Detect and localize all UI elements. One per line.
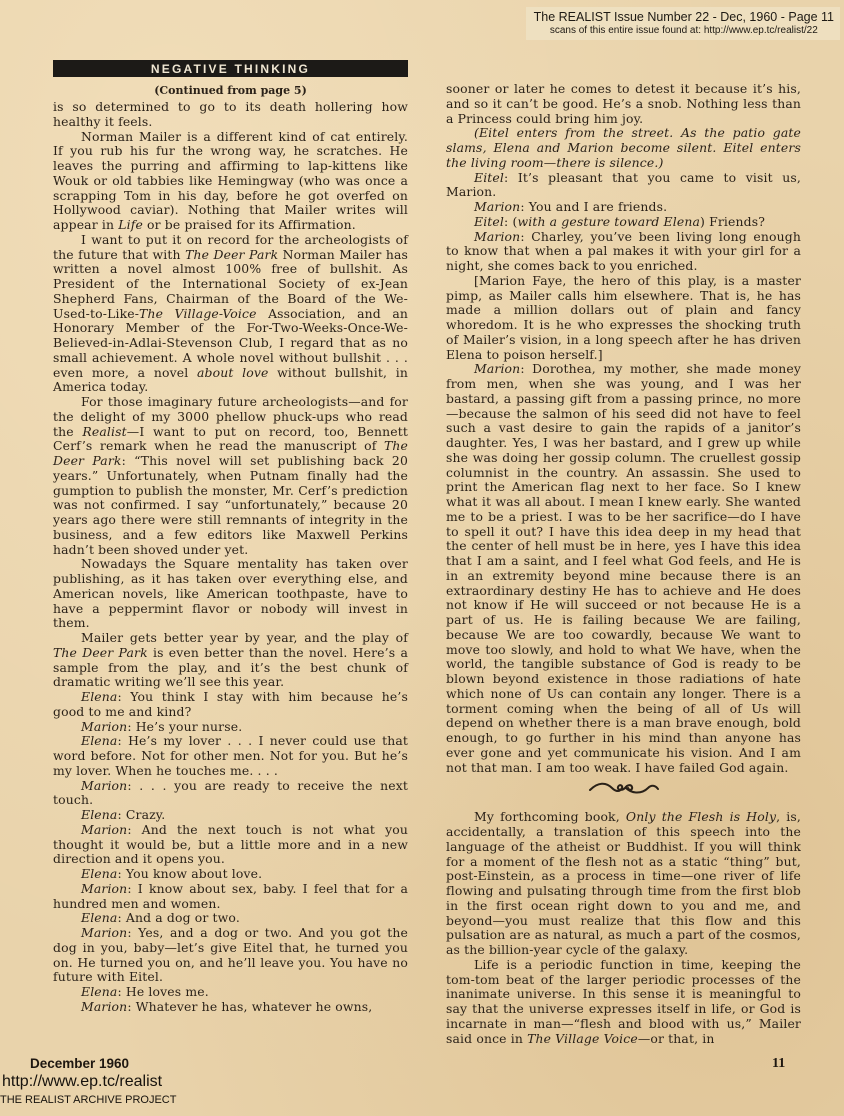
continued-note: (Continued from page 5) [53, 83, 408, 98]
text-run: is so determined to go to its death holl… [53, 99, 408, 129]
left_column-paragraph: Marion: . . . you are ready to receive t… [53, 779, 408, 809]
italic-text: Elena [81, 733, 117, 748]
section-banner: NEGATIVE THINKING [53, 60, 408, 77]
italic-text: about love [197, 365, 268, 380]
text-run: Nowadays the Square mentality has taken … [53, 556, 408, 630]
text-run: , is, accidentally, a translation of thi… [446, 809, 801, 957]
italic-text: Realist [82, 424, 126, 439]
text-run: or be praised for its Affirmation. [143, 217, 356, 232]
left_column-paragraph: Elena: You think I stay with him because… [53, 690, 408, 720]
italic-text: Marion [474, 199, 520, 214]
text-run: : He loves me. [117, 984, 208, 999]
right_column-paragraph: Life is a periodic function in time, kee… [446, 958, 801, 1047]
right_column-paragraph: Marion: Charley, you’ve been living long… [446, 230, 801, 274]
italic-text: Marion [81, 881, 127, 896]
left_column-paragraph: Marion: And the next touch is not what y… [53, 823, 408, 867]
left_column-paragraph: Elena: He loves me. [53, 985, 408, 1000]
text-run: : You know about love. [117, 866, 262, 881]
text-run: [Marion Faye, the hero of this play, is … [446, 273, 801, 362]
italic-text: Marion [474, 229, 520, 244]
left-column-body: is so determined to go to its death holl… [53, 100, 408, 1015]
italic-text: Marion [81, 719, 127, 734]
left_column-paragraph: Elena: You know about love. [53, 867, 408, 882]
text-run: : Dorothea, my mother, she made money fr… [446, 361, 801, 774]
left_column-paragraph: Norman Mailer is a different kind of cat… [53, 130, 408, 233]
left_column-paragraph: Elena: He’s my lover . . . I never could… [53, 734, 408, 778]
right_column-paragraph: Eitel: (with a gesture toward Elena) Fri… [446, 215, 801, 230]
left_column-paragraph: Marion: He’s your nurse. [53, 720, 408, 735]
right_column-paragraph: [Marion Faye, the hero of this play, is … [446, 274, 801, 363]
footer-date: December 1960 [30, 1056, 129, 1071]
right-column-body: sooner or later he comes to detest it be… [446, 82, 801, 1046]
archive-stamp: The REALIST Issue Number 22 - Dec, 1960 … [526, 7, 840, 40]
italic-text: The Deer Park [53, 645, 148, 660]
right_column-paragraph: sooner or later he comes to detest it be… [446, 82, 801, 126]
left_column-paragraph: Mailer gets better year by year, and the… [53, 631, 408, 690]
italic-text: Marion [81, 925, 127, 940]
italic-text: Elena [81, 910, 117, 925]
italic-text: Eitel [474, 214, 504, 229]
italic-text: with a gesture toward Elena [517, 214, 700, 229]
left_column-paragraph: For those imaginary future archeologists… [53, 395, 408, 557]
italic-text: (Eitel enters from the street. As the pa… [446, 125, 801, 170]
right_column-paragraph: Marion: You and I are friends. [446, 200, 801, 215]
archive-url-link[interactable]: http://www.ep.tc/realist [2, 1073, 162, 1091]
text-run: : “This novel will set publishing back 2… [53, 453, 408, 557]
left_column-paragraph: I want to put it on record for the arche… [53, 233, 408, 395]
right-column: sooner or later he comes to detest it be… [446, 82, 801, 1046]
italic-text: The Village Voice [527, 1031, 638, 1046]
text-run: Mailer gets better year by year, and the… [81, 630, 408, 645]
italic-text: Only the Flesh is Holy [626, 809, 776, 824]
left_column-paragraph: Marion: Yes, and a dog or two. And you g… [53, 926, 408, 985]
right_column-paragraph: (Eitel enters from the street. As the pa… [446, 126, 801, 170]
italic-text: Elena [81, 689, 117, 704]
italic-text: Marion [81, 999, 127, 1014]
text-run: : He’s your nurse. [127, 719, 242, 734]
text-run: My forthcoming book, [474, 809, 626, 824]
text-run: —or that, in [638, 1031, 715, 1046]
italic-text: Life [118, 217, 143, 232]
italic-text: Marion [474, 361, 520, 376]
text-run: sooner or later he comes to detest it be… [446, 81, 801, 126]
text-run: : ( [504, 214, 517, 229]
italic-text: Elena [81, 866, 117, 881]
italic-text: The Deer Park [185, 247, 278, 262]
italic-text: Marion [81, 778, 127, 793]
text-run: : Crazy. [117, 807, 165, 822]
italic-text: Elena [81, 807, 117, 822]
page-number: 11 [772, 1056, 785, 1072]
archive-scans-note: scans of this entire issue found at: htt… [534, 25, 834, 37]
text-run: : You and I are friends. [520, 199, 667, 214]
left_column-paragraph: Marion: I know about sex, baby. I feel t… [53, 882, 408, 912]
right_column-paragraph: My forthcoming book, Only the Flesh is H… [446, 810, 801, 958]
left_column-paragraph: is so determined to go to its death holl… [53, 100, 408, 130]
left_column-paragraph: Elena: And a dog or two. [53, 911, 408, 926]
italic-text: Elena [81, 984, 117, 999]
left_column-paragraph: Marion: Whatever he has, whatever he own… [53, 1000, 408, 1015]
italic-text: Eitel [474, 170, 504, 185]
text-run: ) Friends? [700, 214, 765, 229]
archive-title: The REALIST Issue Number 22 - Dec, 1960 … [534, 10, 834, 25]
ornament-divider-icon [446, 778, 801, 804]
right_column-paragraph: Eitel: It’s pleasant that you came to vi… [446, 171, 801, 201]
left_column-paragraph: Elena: Crazy. [53, 808, 408, 823]
text-run: : Whatever he has, whatever he owns, [127, 999, 372, 1014]
italic-text: Marion [81, 822, 127, 837]
left_column-paragraph: Nowadays the Square mentality has taken … [53, 557, 408, 631]
text-run: : And a dog or two. [117, 910, 239, 925]
italic-text: The Village-Voice [139, 306, 257, 321]
archive-project-label: THE REALIST ARCHIVE PROJECT [0, 1094, 176, 1106]
right_column-paragraph: Marion: Dorothea, my mother, she made mo… [446, 362, 801, 775]
left-column: NEGATIVE THINKING (Continued from page 5… [53, 60, 408, 1015]
